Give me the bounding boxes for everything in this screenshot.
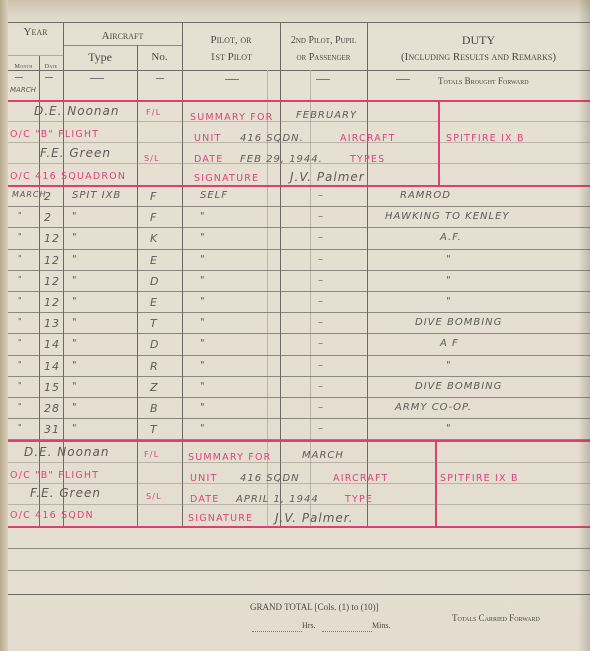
mar-officer1-rank: F/L [144, 450, 159, 459]
rule [8, 462, 590, 463]
cell-second: – [318, 423, 324, 434]
cell-no: B [150, 402, 159, 415]
cell-month: " [18, 211, 23, 220]
cell-duty: " [446, 360, 452, 371]
cell-no: F [150, 190, 157, 203]
table-row: "12"E"–" [0, 292, 590, 313]
cell-month: " [18, 275, 23, 284]
mar-date-label: DATE [190, 494, 220, 505]
year-dotted-rule [8, 55, 63, 56]
table-row: "14"R"–" [0, 356, 590, 377]
header-second-pilot-line1: 2nd Pilot, Pupil [280, 34, 367, 47]
table-bottom-rule [8, 594, 590, 595]
totals-carried-forward-label: Totals Carried Forward [452, 613, 540, 623]
cell-pilot: " [200, 254, 206, 265]
header-aircraft-type: Type [63, 51, 137, 64]
dash [225, 79, 239, 80]
cell-pilot: SELF [200, 190, 228, 201]
mar-types-label: TYPE [345, 494, 373, 505]
mar-aircraft-type-value: SPITFIRE IX B [440, 473, 519, 484]
cell-second: – [318, 360, 324, 371]
header-second-pilot-line2: or Passenger [280, 51, 367, 64]
cell-duty: A.F. [440, 232, 462, 243]
cell-pilot: " [200, 381, 206, 392]
cell-second: – [318, 190, 324, 201]
cell-type: " [72, 211, 78, 222]
table-row: "15"Z"–DIVE BOMBING [0, 377, 590, 398]
cell-pilot: " [200, 423, 206, 434]
top-rule [8, 22, 590, 23]
grand-total-label: GRAND TOTAL [Cols. (1) to (10)] [250, 602, 379, 612]
feb-officer1-signature: D.E. Noonan [34, 104, 120, 118]
cell-month: MARCH [12, 190, 47, 199]
cell-duty: DIVE BOMBING [415, 381, 502, 392]
header-year: Year [8, 26, 63, 39]
cell-duty: ARMY CO-OP. [395, 402, 472, 413]
cell-type: " [72, 381, 78, 392]
table-row: "28"B"–ARMY CO-OP. [0, 398, 590, 419]
cell-pilot: " [200, 296, 206, 307]
mar-officer1-role: O/C "B" FLIGHT [10, 470, 99, 481]
cell-second: – [318, 338, 324, 349]
cell-type: " [72, 402, 78, 413]
table-row: "12"E"–" [0, 250, 590, 271]
dash [45, 77, 53, 78]
feb-officer1-role: O/C "B" FLIGHT [10, 129, 99, 140]
cell-duty: DIVE BOMBING [415, 317, 502, 328]
cell-duty: " [446, 423, 452, 434]
dash [90, 78, 104, 79]
mar-date-value: APRIL 1, 1944 [236, 494, 319, 505]
summary-mar-top-rule [8, 440, 590, 442]
cell-pilot: " [200, 232, 206, 243]
mar-unit-label: UNIT [190, 473, 217, 484]
mar-officer2-role: O/C 416 SQDN [10, 510, 94, 521]
cell-no: K [150, 232, 158, 245]
cell-type: " [72, 254, 78, 265]
summary-feb-top-rule [8, 100, 590, 102]
aircraft-header-rule [63, 45, 183, 46]
cell-date: 14 [44, 338, 60, 351]
feb-date-label: DATE [194, 154, 224, 165]
cell-type: " [72, 423, 78, 434]
feb-officer2-signature: F.E. Green [40, 146, 111, 160]
cell-date: 15 [44, 381, 60, 394]
header-duty-title: DUTY [367, 34, 590, 47]
feb-unit-value: 416 SQDN. [240, 133, 304, 144]
cell-pilot: " [200, 211, 206, 222]
table-row: MARCH2SPIT IXBFSELF–RAMROD [0, 186, 590, 207]
rule [8, 121, 590, 122]
cell-pilot: " [200, 275, 206, 286]
cell-type: " [72, 317, 78, 328]
mins-label: Mins. [372, 621, 390, 630]
feb-signature-label: SIGNATURE [194, 173, 259, 184]
cell-no: D [150, 275, 159, 288]
cell-month: " [18, 402, 23, 411]
cell-month: " [18, 360, 23, 369]
cell-date: 13 [44, 317, 60, 330]
cell-date: 31 [44, 423, 60, 436]
mar-signature-value: J.V. Palmer. [275, 511, 353, 525]
cell-no: Z [150, 381, 159, 394]
cell-month: " [18, 381, 23, 390]
cell-type: SPIT IXB [72, 190, 121, 201]
cell-second: – [318, 402, 324, 413]
cell-pilot: " [200, 317, 206, 328]
cell-date: 2 [44, 190, 52, 203]
dash [396, 79, 410, 80]
cell-month: " [18, 317, 23, 326]
cell-duty: RAMROD [400, 190, 451, 201]
header-month: Month [8, 61, 39, 74]
header-aircraft-no: No. [137, 51, 182, 64]
feb-summary-for-value: FEBRUARY [296, 110, 357, 121]
header-date: Date [39, 61, 63, 74]
cell-second: – [318, 232, 324, 243]
feb-summary-for-label: SUMMARY FOR [190, 112, 273, 123]
cell-date: 14 [44, 360, 60, 373]
feb-aircraft-type-value: SPITFIRE IX B [446, 133, 525, 144]
cell-date: 12 [44, 296, 60, 309]
logbook-page: Year Month Date Aircraft Type No. Pilot,… [0, 0, 590, 651]
cell-no: F [150, 211, 157, 224]
cell-date: 12 [44, 232, 60, 245]
header-duty-subtitle: (Including Results and Remarks) [367, 51, 590, 64]
hrs-label: Hrs. [302, 621, 316, 630]
feb-aircraft-label: AIRCRAFT [340, 133, 395, 144]
cell-type: " [72, 296, 78, 307]
table-row: "2"F"–HAWKING TO KENLEY [0, 207, 590, 228]
cell-no: T [150, 423, 158, 436]
dash [156, 78, 164, 79]
feb-officer1-rank: F/L [146, 108, 161, 117]
cell-month: " [18, 232, 23, 241]
feb-types-label: TYPES [350, 154, 385, 165]
cell-no: T [150, 317, 158, 330]
table-row: "12"K"–A.F. [0, 228, 590, 249]
table-row: "13"T"–DIVE BOMBING [0, 313, 590, 334]
feb-officer2-role: O/C 416 SQUADRON [10, 171, 126, 182]
cell-type: " [72, 275, 78, 286]
cell-month: " [18, 254, 23, 263]
grand-total-hrs-field [252, 623, 302, 632]
dash [316, 79, 330, 80]
cell-month: " [18, 296, 23, 305]
mar-unit-value: 416 SQDN [240, 473, 300, 484]
cell-second: – [318, 381, 324, 392]
cell-date: 12 [44, 275, 60, 288]
cell-second: – [318, 296, 324, 307]
grand-total-mins-field [322, 623, 372, 632]
feb-date-value: FEB 29, 1944. [240, 154, 323, 165]
cell-no: D [150, 338, 159, 351]
rule [8, 570, 590, 571]
cell-duty: HAWKING TO KENLEY [385, 211, 510, 222]
cell-type: " [72, 338, 78, 349]
cell-duty: " [446, 254, 452, 265]
feb-signature-value: J.V. Palmer [290, 170, 365, 184]
cell-duty: A F [440, 338, 459, 349]
table-row: "14"D"–A F [0, 334, 590, 355]
header-pilot-line2: 1st Pilot [182, 51, 280, 64]
page-edge-shadow [578, 0, 590, 651]
mar-signature-label: SIGNATURE [188, 513, 253, 524]
cell-second: – [318, 275, 324, 286]
mar-officer2-signature: F.E. Green [30, 486, 101, 500]
header-aircraft: Aircraft [63, 30, 182, 43]
cell-second: – [318, 254, 324, 265]
header-pilot-line1: Pilot, or [182, 34, 280, 47]
cell-date: 12 [44, 254, 60, 267]
feb-unit-label: UNIT [194, 133, 221, 144]
cell-second: – [318, 317, 324, 328]
rule [8, 548, 590, 549]
cell-second: – [318, 211, 324, 222]
month-written: MARCH [10, 86, 36, 94]
totals-brought-forward-label: Totals Brought Forward [438, 76, 529, 86]
table-row: "12"D"–" [0, 271, 590, 292]
summary-mar-bottom-rule [8, 526, 590, 528]
mar-aircraft-label: AIRCRAFT [333, 473, 388, 484]
cell-type: " [72, 232, 78, 243]
feb-officer2-rank: S/L [144, 154, 160, 163]
cell-duty: " [446, 296, 452, 307]
cell-pilot: " [200, 360, 206, 371]
cell-pilot: " [200, 338, 206, 349]
cell-date: 2 [44, 211, 52, 224]
cell-pilot: " [200, 402, 206, 413]
cell-date: 28 [44, 402, 60, 415]
mar-summary-for-value: MARCH [302, 450, 344, 461]
header-bottom-rule [8, 70, 590, 71]
cell-month: " [18, 338, 23, 347]
cell-type: " [72, 360, 78, 371]
cell-duty: " [446, 275, 452, 286]
mar-officer2-rank: S/L [146, 492, 162, 501]
summary-feb-divider [438, 100, 440, 186]
table-row: "31"T"–" [0, 419, 590, 440]
cell-month: " [18, 423, 23, 432]
mar-summary-for-label: SUMMARY FOR [188, 452, 271, 463]
cell-no: E [150, 254, 158, 267]
mar-officer1-signature: D.E. Noonan [24, 445, 110, 459]
cell-no: R [150, 360, 159, 373]
dash [15, 77, 23, 78]
cell-no: E [150, 296, 158, 309]
